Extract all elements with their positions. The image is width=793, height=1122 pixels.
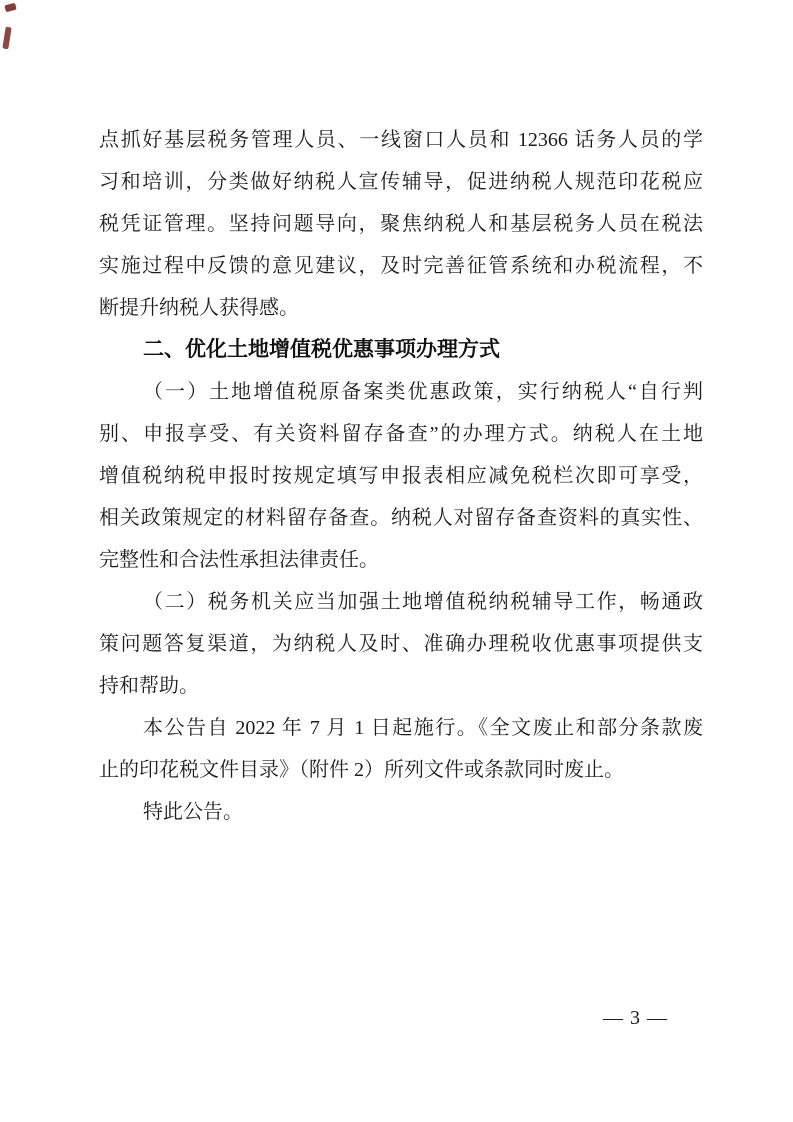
paragraph: （一）土地增值税原备案类优惠政策，实行纳税人“自行判别、申报享受、有关资料留存备… [99,371,703,581]
red-ink-mark-icon [2,27,11,50]
text-line: 策问题答复渠道，为纳税人及时、准确办理税收优惠事项提供支 [99,623,703,665]
red-ink-mark-icon [4,3,16,12]
text-line: 持和帮助。 [99,665,703,707]
text-line: 实施过程中反馈的意见建议，及时完善征管系统和办税流程，不 [99,245,703,287]
paragraph: 本公告自 2022 年 7 月 1 日起施行。《全文废止和部分条款废止的印花税文… [99,707,703,791]
section-heading: 二、优化土地增值税优惠事项办理方式 [99,329,703,371]
paragraph: 特此公告。 [99,791,703,833]
text-line: 二、优化土地增值税优惠事项办理方式 [99,329,703,371]
paragraph: （二）税务机关应当加强土地增值税纳税辅导工作，畅通政策问题答复渠道，为纳税人及时… [99,581,703,707]
document-body: 点抓好基层税务管理人员、一线窗口人员和 12366 话务人员的学习和培训，分类做… [99,119,703,833]
text-line: 税凭证管理。坚持问题导向，聚焦纳税人和基层税务人员在税法 [99,203,703,245]
text-line: 本公告自 2022 年 7 月 1 日起施行。《全文废止和部分条款废 [99,707,703,749]
text-line: 别、申报享受、有关资料留存备查”的办理方式。纳税人在土地 [99,413,703,455]
paragraph: 点抓好基层税务管理人员、一线窗口人员和 12366 话务人员的学习和培训，分类做… [99,119,703,329]
text-line: 特此公告。 [99,791,703,833]
text-line: （一）土地增值税原备案类优惠政策，实行纳税人“自行判 [99,371,703,413]
text-line: 断提升纳税人获得感。 [99,287,703,329]
page-number: — 3 — [603,1000,668,1036]
text-line: 完整性和合法性承担法律责任。 [99,539,703,581]
text-line: 相关政策规定的材料留存备查。纳税人对留存备查资料的真实性、 [99,497,703,539]
text-line: 习和培训，分类做好纳税人宣传辅导，促进纳税人规范印花税应 [99,161,703,203]
text-line: 点抓好基层税务管理人员、一线窗口人员和 12366 话务人员的学 [99,119,703,161]
text-line: 增值税纳税申报时按规定填写申报表相应减免税栏次即可享受， [99,455,703,497]
text-line: 止的印花税文件目录》（附件 2）所列文件或条款同时废止。 [99,749,703,791]
text-line: （二）税务机关应当加强土地增值税纳税辅导工作，畅通政 [99,581,703,623]
document-page: 点抓好基层税务管理人员、一线窗口人员和 12366 话务人员的学习和培训，分类做… [0,0,793,1122]
